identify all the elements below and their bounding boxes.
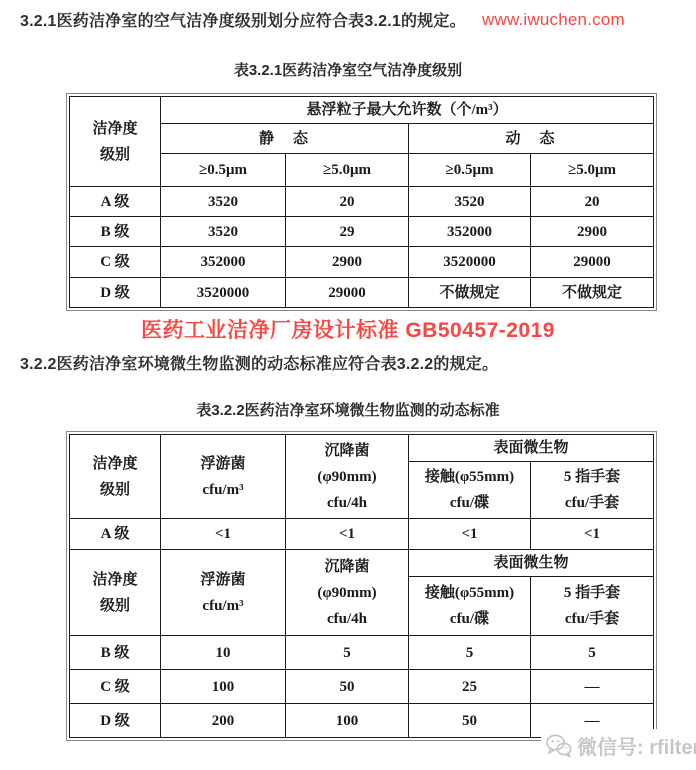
- table-row: A 级 3520 20 3520 20: [70, 187, 654, 217]
- value-cell: 352000: [161, 247, 286, 278]
- table1-air-cleanliness: 洁净度 级别 悬浮粒子最大允许数（个/m³） 静 态 动 态 ≥0.5μm ≥5…: [66, 93, 657, 311]
- header-cell-settle: 沉降菌 (φ90mm) cfu/4h: [286, 550, 409, 636]
- website-link[interactable]: www.iwuchen.com: [482, 10, 625, 30]
- watermark-text: 微信号: rfilter: [577, 731, 696, 760]
- standard-name-title: 医药工业洁净厂房设计标准 GB50457-2019: [0, 314, 696, 344]
- table1: 洁净度 级别 悬浮粒子最大允许数（个/m³） 静 态 动 态 ≥0.5μm ≥5…: [69, 96, 654, 308]
- grade-cell: A 级: [70, 519, 161, 550]
- table-row: A 级 <1 <1 <1 <1: [70, 519, 654, 550]
- value-cell: 3520000: [409, 247, 531, 278]
- header-cell-glove: 5 指手套 cfu/手套: [531, 462, 654, 519]
- table2-microbial-monitoring: 洁净度 级别 浮游菌 cfu/m³ 沉降菌 (φ90mm) cfu/4h 表面微…: [66, 431, 657, 741]
- section-322-text: 3.2.2医药洁净室环境微生物监测的动态标准应符合表3.2.2的规定。: [20, 351, 498, 374]
- header-cell-contact: 接触(φ55mm) cfu/碟: [409, 462, 531, 519]
- value-cell: 50: [286, 670, 409, 704]
- value-cell: <1: [531, 519, 654, 550]
- value-cell: 3520: [161, 217, 286, 247]
- value-cell: —: [531, 670, 654, 704]
- value-cell: 不做规定: [531, 278, 654, 308]
- value-cell: 10: [161, 636, 286, 670]
- value-cell: 不做规定: [409, 278, 531, 308]
- header-cell-static: 静 态: [161, 124, 409, 154]
- table-row: B 级 10 5 5 5: [70, 636, 654, 670]
- value-cell: 29000: [531, 247, 654, 278]
- table2: 洁净度 级别 浮游菌 cfu/m³ 沉降菌 (φ90mm) cfu/4h 表面微…: [69, 434, 654, 738]
- grade-cell: C 级: [70, 247, 161, 278]
- value-cell: 2900: [286, 247, 409, 278]
- header-cell-grade: 洁净度 级别: [70, 97, 161, 187]
- value-cell: 5: [286, 636, 409, 670]
- grade-cell: D 级: [70, 704, 161, 738]
- table1-title: 表3.2.1医药洁净室空气洁净度级别: [0, 59, 696, 80]
- header-cell-size: ≥0.5μm: [409, 154, 531, 187]
- table-row: 洁净度 级别 悬浮粒子最大允许数（个/m³）: [70, 97, 654, 124]
- table2-title: 表3.2.2医药洁净室环境微生物监测的动态标准: [0, 399, 696, 420]
- value-cell: <1: [161, 519, 286, 550]
- document-page: 3.2.1医药洁净室的空气洁净度级别划分应符合表3.2.1的规定。 www.iw…: [0, 0, 696, 770]
- header-cell-surface: 表面微生物: [409, 550, 654, 577]
- value-cell: 5: [409, 636, 531, 670]
- table-row: D 级 3520000 29000 不做规定 不做规定: [70, 278, 654, 308]
- value-cell: 3520: [409, 187, 531, 217]
- value-cell: 20: [531, 187, 654, 217]
- value-cell: 200: [161, 704, 286, 738]
- header-cell-grade: 洁净度 级别: [70, 550, 161, 636]
- grade-cell: A 级: [70, 187, 161, 217]
- value-cell: 25: [409, 670, 531, 704]
- value-cell: 50: [409, 704, 531, 738]
- table-row: B 级 3520 29 352000 2900: [70, 217, 654, 247]
- header-cell-size: ≥0.5μm: [161, 154, 286, 187]
- table-row: C 级 100 50 25 —: [70, 670, 654, 704]
- header-cell-dynamic: 动 态: [409, 124, 654, 154]
- header-cell-particles: 悬浮粒子最大允许数（个/m³）: [161, 97, 654, 124]
- grade-cell: C 级: [70, 670, 161, 704]
- value-cell: 3520: [161, 187, 286, 217]
- table-row: 洁净度 级别 浮游菌 cfu/m³ 沉降菌 (φ90mm) cfu/4h 表面微…: [70, 550, 654, 577]
- grade-cell: B 级: [70, 217, 161, 247]
- section-321-text: 3.2.1医药洁净室的空气洁净度级别划分应符合表3.2.1的规定。: [20, 8, 466, 31]
- value-cell: <1: [409, 519, 531, 550]
- table-row: 洁净度 级别 浮游菌 cfu/m³ 沉降菌 (φ90mm) cfu/4h 表面微…: [70, 435, 654, 462]
- watermark: 微信号: rfilter: [541, 729, 696, 762]
- value-cell: 29: [286, 217, 409, 247]
- value-cell: 100: [161, 670, 286, 704]
- header-cell-airborne: 浮游菌 cfu/m³: [161, 550, 286, 636]
- header-cell-glove: 5 指手套 cfu/手套: [531, 577, 654, 636]
- value-cell: 5: [531, 636, 654, 670]
- table-row: C 级 352000 2900 3520000 29000: [70, 247, 654, 278]
- header-cell-airborne: 浮游菌 cfu/m³: [161, 435, 286, 519]
- value-cell: <1: [286, 519, 409, 550]
- header-cell-size: ≥5.0μm: [286, 154, 409, 187]
- header-cell-size: ≥5.0μm: [531, 154, 654, 187]
- value-cell: 3520000: [161, 278, 286, 308]
- wechat-icon: [545, 733, 572, 758]
- value-cell: 20: [286, 187, 409, 217]
- value-cell: 2900: [531, 217, 654, 247]
- grade-cell: D 级: [70, 278, 161, 308]
- value-cell: 100: [286, 704, 409, 738]
- header-cell-settle: 沉降菌 (φ90mm) cfu/4h: [286, 435, 409, 519]
- header-cell-contact: 接触(φ55mm) cfu/碟: [409, 577, 531, 636]
- header-cell-grade: 洁净度 级别: [70, 435, 161, 519]
- grade-cell: B 级: [70, 636, 161, 670]
- value-cell: 352000: [409, 217, 531, 247]
- header-cell-surface: 表面微生物: [409, 435, 654, 462]
- value-cell: 29000: [286, 278, 409, 308]
